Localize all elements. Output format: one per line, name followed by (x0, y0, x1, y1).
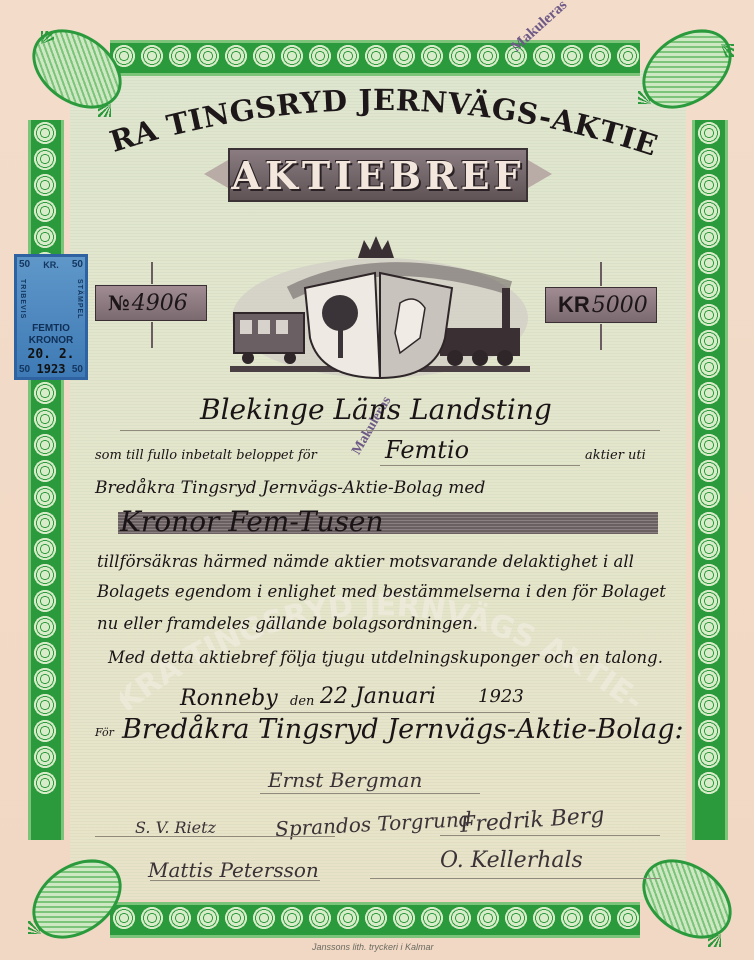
amount-in-words: Kronor Fem-Tusen (120, 505, 384, 538)
ornament (151, 262, 153, 284)
body-paragraph: Med detta aktiebref följa tjugu utdelnin… (108, 648, 663, 667)
signature-line (370, 878, 660, 879)
revenue-stamp: KR. 50 50 TRIBEVIS STÄMPEL FEMTIO KRONOR… (14, 254, 88, 380)
ornament (600, 262, 602, 286)
body-line-prefix: som till fullo inbetalt beloppet för (95, 448, 317, 463)
signature-line (95, 836, 335, 837)
body-paragraph: nu eller framdeles gällande bolagsordnin… (97, 614, 478, 633)
printer-imprint: Janssons lith. tryckeri i Kalmar (312, 942, 434, 952)
svg-text:BREDÅKRA TINGSRYD JERNVÄGS-AKT: BREDÅKRA TINGSRYD JERNVÄGS-AKTIE-BOLAG (95, 85, 660, 155)
bottom-border (110, 902, 640, 938)
signature-line (440, 835, 660, 836)
locomotive-corner-icon (630, 855, 740, 955)
signature: Ernst Bergman (268, 768, 422, 792)
top-border (110, 40, 640, 76)
place: Ronneby (180, 686, 278, 711)
body-line-suffix: aktier uti (585, 448, 646, 463)
crown-icon (358, 236, 394, 258)
for-prefix: För (95, 726, 114, 739)
body-paragraph: Bolagets egendom i enlighet med bestämme… (97, 582, 666, 601)
holder-name: Blekinge Läns Landsting (200, 393, 552, 426)
date-day-month: 22 Januari (320, 684, 436, 709)
rule (380, 465, 580, 466)
right-border (692, 120, 728, 840)
signature-line (150, 880, 320, 881)
locomotive-corner-icon (20, 855, 130, 955)
ornament (600, 324, 602, 350)
signature: S. V. Rietz (135, 818, 216, 837)
signature: O. Kellerhals (440, 848, 583, 873)
railway-vignette (230, 228, 530, 383)
signature: Mattis Petersson (148, 858, 319, 882)
certificate-number: № 4906 (95, 285, 207, 321)
left-border (28, 120, 64, 840)
tree-icon (322, 295, 358, 331)
document-type-banner: AKTIEBREF (228, 148, 528, 202)
date-prefix: den (290, 694, 314, 709)
document-type: AKTIEBREF (231, 153, 524, 198)
date-year: 1923 (478, 686, 524, 707)
signature-line (260, 793, 480, 794)
body-company-line: Bredåkra Tingsryd Jernvägs-Aktie-Bolag m… (95, 478, 485, 498)
company-heading: BREDÅKRA TINGSRYD JERNVÄGS-AKTIE-BOLAG (95, 85, 660, 155)
share-amount: KR 5000 (545, 287, 657, 323)
share-count: Femtio (385, 436, 469, 464)
for-company: Bredåkra Tingsryd Jernvägs-Aktie-Bolag: (122, 714, 684, 745)
rule (120, 430, 660, 431)
rule (180, 712, 530, 713)
body-paragraph: tillförsäkras härmed nämde aktier motsva… (97, 552, 634, 571)
ornament (151, 322, 153, 348)
